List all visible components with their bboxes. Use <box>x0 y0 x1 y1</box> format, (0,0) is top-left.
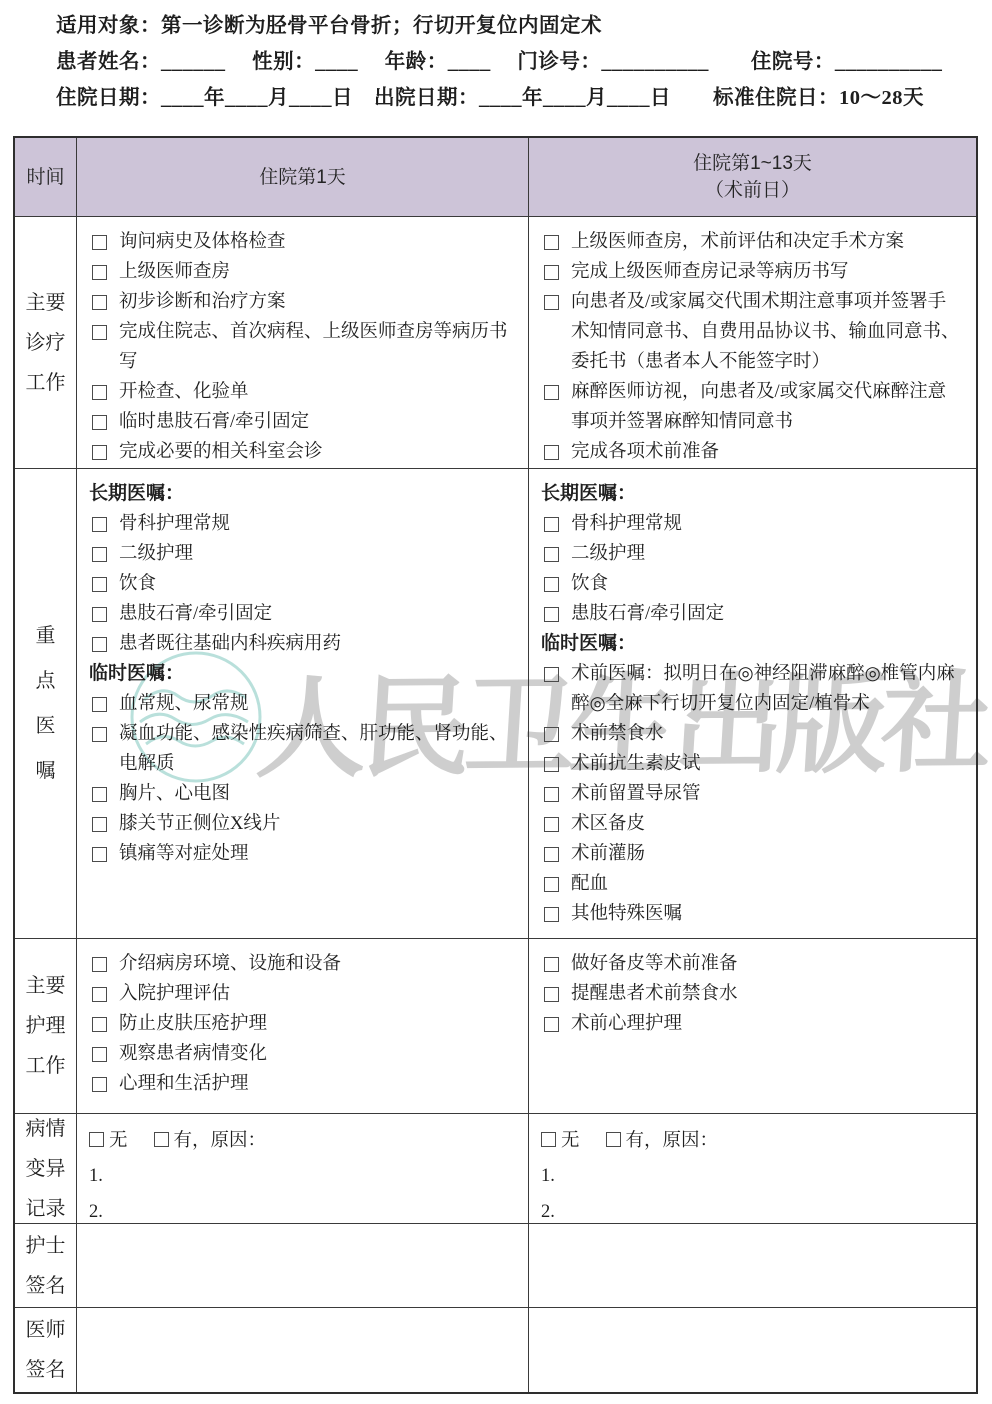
doctor-signature-preop-cell <box>529 1308 976 1392</box>
checklist-item: 饮食 <box>541 569 964 599</box>
row-label-main-nursing: 主要护理工作 <box>15 939 77 1114</box>
checklist-item-text: 术前灌肠 <box>571 844 645 864</box>
checklist-item-text: 术区备皮 <box>571 814 645 834</box>
checklist-item-text: 介绍病房环境、设施和设备 <box>119 954 341 974</box>
checklist-item: 术前抗生素皮试 <box>541 749 964 779</box>
checkbox-icon <box>541 1132 556 1147</box>
row-label-nurse-signature: 护士签名 <box>15 1224 77 1308</box>
variation-yes-label: 有，原因： <box>174 1131 267 1151</box>
checklist-item: 询问病史及体格检查 <box>89 227 516 257</box>
checklist-item-text: 完成上级医师查房记录等病历书写 <box>571 262 849 282</box>
row-label-line: 主要 <box>26 283 66 323</box>
checklist-item-text: 心理和生活护理 <box>119 1074 249 1094</box>
checklist-item-text: 询问病史及体格检查 <box>119 232 286 252</box>
checklist-item: 患肢石膏/牵引固定 <box>541 599 964 629</box>
row-label-line: 签名 <box>26 1266 66 1306</box>
checkbox-icon <box>544 787 559 802</box>
header-dates-line: 住院日期：____年____月____日 出院日期：____年____月____… <box>56 80 942 116</box>
column-header-day1-13-label: 住院第1~13天 <box>693 150 812 177</box>
checkbox-icon <box>92 517 107 532</box>
row-label-line: 签名 <box>26 1350 66 1390</box>
checklist-item: 饮食 <box>89 569 516 599</box>
row-label-line: 护士 <box>26 1226 66 1266</box>
nursing-day1-checklist: 介绍病房环境、设施和设备 入院护理评估 防止皮肤压疮护理 观察患者病情变化 心理… <box>89 949 516 1099</box>
checkbox-icon <box>92 697 107 712</box>
checkbox-icon <box>92 1017 107 1032</box>
checklist-item: 临时医嘱： <box>89 659 516 689</box>
checklist-item: 向患者及/或家属交代围术期注意事项并签署手术知情同意书、自费用品协议书、输血同意… <box>541 287 964 377</box>
checklist-item: 完成必要的相关科室会诊 <box>89 437 516 467</box>
checklist-item-text: 其他特殊医嘱 <box>571 904 682 924</box>
checklist-item: 术前心理护理 <box>541 1009 964 1039</box>
checklist-item: 骨科护理常规 <box>89 509 516 539</box>
checkbox-icon <box>92 385 107 400</box>
checklist-item: 术前医嘱：拟明日在◎神经阻滞麻醉◎椎管内麻醉◎全麻下行切开复位内固定/植骨术 <box>541 659 964 719</box>
checklist-item: 上级医师查房，术前评估和决定手术方案 <box>541 227 964 257</box>
checkbox-icon <box>606 1132 621 1147</box>
row-label-line: 工作 <box>26 363 66 403</box>
checklist-item: 开检查、化验单 <box>89 377 516 407</box>
checklist-item: 长期医嘱： <box>541 479 964 509</box>
checklist-item-text: 临时医嘱： <box>541 633 636 654</box>
column-header-day1: 住院第1天 <box>77 138 529 217</box>
row-label-line: 变异 <box>26 1149 66 1189</box>
orders-day1-checklist: 长期医嘱： 骨科护理常规 二级护理 饮食 患肢石膏/牵引固定 患者既往基础内科疾… <box>89 479 516 869</box>
checkbox-icon <box>92 325 107 340</box>
checklist-item-text: 饮食 <box>571 574 608 594</box>
checklist-item-text: 镇痛等对症处理 <box>119 844 249 864</box>
checkbox-icon <box>544 987 559 1002</box>
checkbox-icon <box>92 817 107 832</box>
row-label-main-treatment: 主要诊疗工作 <box>15 217 77 469</box>
checkbox-icon <box>92 727 107 742</box>
checklist-item: 膝关节正侧位X线片 <box>89 809 516 839</box>
checklist-item: 二级护理 <box>89 539 516 569</box>
checkbox-icon <box>92 847 107 862</box>
checkbox-icon <box>92 957 107 972</box>
checkbox-icon <box>92 1047 107 1062</box>
checkbox-icon <box>92 547 107 562</box>
checklist-item: 临时患肢石膏/牵引固定 <box>89 407 516 437</box>
checkbox-icon <box>544 727 559 742</box>
checklist-item: 术前灌肠 <box>541 839 964 869</box>
header-applicable-line: 适用对象：第一诊断为胫骨平台骨折；行切开复位内固定术 <box>56 8 942 44</box>
checklist-item: 初步诊断和治疗方案 <box>89 287 516 317</box>
checkbox-icon <box>92 265 107 280</box>
variation-reason-1: 1. <box>541 1158 964 1194</box>
checkbox-icon <box>544 445 559 460</box>
doctor-signature-day1-cell <box>77 1308 529 1392</box>
checkbox-icon <box>544 757 559 772</box>
checklist-item-text: 术前医嘱：拟明日在◎神经阻滞麻醉◎椎管内麻醉◎全麻下行切开复位内固定/植骨术 <box>571 664 955 714</box>
checklist-item: 术前留置导尿管 <box>541 779 964 809</box>
variation-no-label: 无 <box>109 1131 128 1151</box>
checkbox-icon <box>544 957 559 972</box>
checkbox-icon <box>92 637 107 652</box>
checkbox-icon <box>544 385 559 400</box>
checkbox-icon <box>544 1017 559 1032</box>
variation-reason-1: 1. <box>89 1158 516 1194</box>
checkbox-icon <box>92 1077 107 1092</box>
checkbox-icon <box>92 987 107 1002</box>
checklist-item-text: 术前禁食水 <box>571 724 664 744</box>
checkbox-icon <box>92 295 107 310</box>
variation-options-line: 无有，原因： <box>89 1124 516 1158</box>
nursing-preop-checklist: 做好备皮等术前准备 提醒患者术前禁食水 术前心理护理 <box>541 949 964 1039</box>
checkbox-icon <box>544 817 559 832</box>
checklist-item-text: 初步诊断和治疗方案 <box>119 292 286 312</box>
checklist-item-text: 麻醉医师访视，向患者及/或家属交代麻醉注意事项并签署麻醉知情同意书 <box>571 382 946 432</box>
clinical-pathway-table: 时间 住院第1天 住院第1~13天 （术前日） 主要诊疗工作 询问病史及体格检查… <box>13 136 978 1394</box>
variation-yes-label: 有，原因： <box>626 1131 719 1151</box>
checkbox-icon <box>92 607 107 622</box>
checklist-item-text: 提醒患者术前禁食水 <box>571 984 738 1004</box>
checklist-item: 患者既往基础内科疾病用药 <box>89 629 516 659</box>
checklist-item-text: 做好备皮等术前准备 <box>571 954 738 974</box>
checklist-item-text: 完成各项术前准备 <box>571 442 719 462</box>
checklist-item: 心理和生活护理 <box>89 1069 516 1099</box>
checklist-item-text: 临时患肢石膏/牵引固定 <box>119 412 309 432</box>
treatment-preop-cell: 上级医师查房，术前评估和决定手术方案 完成上级医师查房记录等病历书写 向患者及/… <box>529 217 976 469</box>
checklist-item: 患肢石膏/牵引固定 <box>89 599 516 629</box>
checklist-item: 临时医嘱： <box>541 629 964 659</box>
checkbox-icon <box>544 607 559 622</box>
checklist-item-text: 二级护理 <box>571 544 645 564</box>
checkbox-icon <box>92 787 107 802</box>
nurse-signature-preop-cell <box>529 1224 976 1308</box>
row-label-line: 工作 <box>26 1046 66 1086</box>
checklist-item-text: 凝血功能、感染性疾病筛查、肝功能、肾功能、电解质 <box>119 724 508 774</box>
clinical-pathway-page: 适用对象：第一诊断为胫骨平台骨折；行切开复位内固定术 患者姓名：______ 性… <box>0 0 992 1404</box>
row-label-line: 重 <box>36 614 56 659</box>
checklist-item-text: 骨科护理常规 <box>571 514 682 534</box>
checklist-item: 骨科护理常规 <box>541 509 964 539</box>
row-label-line: 护理 <box>26 1006 66 1046</box>
checklist-item-text: 术前心理护理 <box>571 1014 682 1034</box>
checklist-item-text: 完成必要的相关科室会诊 <box>119 442 323 462</box>
orders-preop-cell: 长期医嘱： 骨科护理常规 二级护理 饮食 患肢石膏/牵引固定 临时医嘱： 术前医… <box>529 469 976 939</box>
row-label-line: 病情 <box>26 1109 66 1149</box>
checkbox-icon <box>544 235 559 250</box>
checklist-item-text: 向患者及/或家属交代围术期注意事项并签署手术知情同意书、自费用品协议书、输血同意… <box>571 292 960 372</box>
orders-preop-checklist: 长期医嘱： 骨科护理常规 二级护理 饮食 患肢石膏/牵引固定 临时医嘱： 术前医… <box>541 479 964 929</box>
checklist-item-text: 骨科护理常规 <box>119 514 230 534</box>
checkbox-icon <box>544 907 559 922</box>
checklist-item-text: 长期医嘱： <box>89 483 184 504</box>
checklist-item: 入院护理评估 <box>89 979 516 1009</box>
checklist-item: 观察患者病情变化 <box>89 1039 516 1069</box>
nurse-signature-day1-cell <box>77 1224 529 1308</box>
checklist-item: 二级护理 <box>541 539 964 569</box>
checklist-item-text: 上级医师查房，术前评估和决定手术方案 <box>571 232 904 252</box>
checklist-item-text: 防止皮肤压疮护理 <box>119 1014 267 1034</box>
header-patient-line: 患者姓名：______ 性别：____ 年龄：____ 门诊号：________… <box>56 44 942 80</box>
checkbox-icon <box>544 547 559 562</box>
orders-day1-cell: 长期医嘱： 骨科护理常规 二级护理 饮食 患肢石膏/牵引固定 患者既往基础内科疾… <box>77 469 529 939</box>
checklist-item: 血常规、尿常规 <box>89 689 516 719</box>
checklist-item: 介绍病房环境、设施和设备 <box>89 949 516 979</box>
checklist-item: 防止皮肤压疮护理 <box>89 1009 516 1039</box>
checklist-item-text: 二级护理 <box>119 544 193 564</box>
checklist-item: 术前禁食水 <box>541 719 964 749</box>
document-header: 适用对象：第一诊断为胫骨平台骨折；行切开复位内固定术 患者姓名：______ 性… <box>56 8 942 116</box>
checklist-item: 上级医师查房 <box>89 257 516 287</box>
treatment-day1-checklist: 询问病史及体格检查 上级医师查房 初步诊断和治疗方案 完成住院志、首次病程、上级… <box>89 227 516 467</box>
column-header-day1-13: 住院第1~13天 （术前日） <box>529 138 976 217</box>
checkbox-icon <box>544 877 559 892</box>
checklist-item-text: 开检查、化验单 <box>119 382 249 402</box>
checklist-item: 凝血功能、感染性疾病筛查、肝功能、肾功能、电解质 <box>89 719 516 779</box>
row-label-line: 诊疗 <box>26 323 66 363</box>
checklist-item: 其他特殊医嘱 <box>541 899 964 929</box>
checkbox-icon <box>92 577 107 592</box>
checklist-item-text: 患肢石膏/牵引固定 <box>571 604 724 624</box>
checklist-item-text: 患肢石膏/牵引固定 <box>119 604 272 624</box>
variation-options-line: 无有，原因： <box>541 1124 964 1158</box>
checklist-item-text: 长期医嘱： <box>541 483 636 504</box>
row-label-line: 医 <box>36 704 56 749</box>
checklist-item: 做好备皮等术前准备 <box>541 949 964 979</box>
row-label-variation-record: 病情变异记录 <box>15 1114 77 1224</box>
checklist-item-text: 饮食 <box>119 574 156 594</box>
checkbox-icon <box>544 295 559 310</box>
checklist-item-text: 患者既往基础内科疾病用药 <box>119 634 341 654</box>
checklist-item-text: 观察患者病情变化 <box>119 1044 267 1064</box>
checklist-item: 胸片、心电图 <box>89 779 516 809</box>
checklist-item-text: 胸片、心电图 <box>119 784 230 804</box>
checkbox-icon <box>544 847 559 862</box>
row-label-line: 医师 <box>26 1310 66 1350</box>
checklist-item-text: 膝关节正侧位X线片 <box>119 814 280 834</box>
checklist-item-text: 术前留置导尿管 <box>571 784 701 804</box>
checkbox-icon <box>154 1132 169 1147</box>
row-label-line: 点 <box>36 659 56 704</box>
checklist-item: 配血 <box>541 869 964 899</box>
column-header-day1-label: 住院第1天 <box>259 164 346 191</box>
variation-day1-cell: 无有，原因： 1. 2. <box>77 1114 529 1224</box>
nursing-preop-cell: 做好备皮等术前准备 提醒患者术前禁食水 术前心理护理 <box>529 939 976 1114</box>
checkbox-icon <box>544 577 559 592</box>
checkbox-icon <box>92 235 107 250</box>
checklist-item: 长期医嘱： <box>89 479 516 509</box>
checklist-item-text: 配血 <box>571 874 608 894</box>
row-label-doctor-signature: 医师签名 <box>15 1308 77 1392</box>
row-label-line: 记录 <box>26 1189 66 1229</box>
nursing-day1-cell: 介绍病房环境、设施和设备 入院护理评估 防止皮肤压疮护理 观察患者病情变化 心理… <box>77 939 529 1114</box>
checklist-item: 完成上级医师查房记录等病历书写 <box>541 257 964 287</box>
checkbox-icon <box>92 445 107 460</box>
checkbox-icon <box>544 667 559 682</box>
variation-no-label: 无 <box>561 1131 580 1151</box>
treatment-preop-checklist: 上级医师查房，术前评估和决定手术方案 完成上级医师查房记录等病历书写 向患者及/… <box>541 227 964 467</box>
column-header-preop-label: （术前日） <box>705 177 800 204</box>
row-label-line: 嘱 <box>36 749 56 794</box>
checkbox-icon <box>544 517 559 532</box>
checklist-item: 完成住院志、首次病程、上级医师查房等病历书写 <box>89 317 516 377</box>
column-header-time: 时间 <box>15 138 77 217</box>
row-label-key-orders: 重点医嘱 <box>15 469 77 939</box>
column-header-time-label: 时间 <box>26 164 64 191</box>
checklist-item-text: 上级医师查房 <box>119 262 230 282</box>
checkbox-icon <box>92 415 107 430</box>
checklist-item: 镇痛等对症处理 <box>89 839 516 869</box>
checkbox-icon <box>544 265 559 280</box>
checklist-item-text: 入院护理评估 <box>119 984 230 1004</box>
checklist-item-text: 术前抗生素皮试 <box>571 754 701 774</box>
checklist-item-text: 临时医嘱： <box>89 663 184 684</box>
checkbox-icon <box>89 1132 104 1147</box>
checklist-item-text: 完成住院志、首次病程、上级医师查房等病历书写 <box>119 322 508 372</box>
checklist-item: 提醒患者术前禁食水 <box>541 979 964 1009</box>
checklist-item: 麻醉医师访视，向患者及/或家属交代麻醉注意事项并签署麻醉知情同意书 <box>541 377 964 437</box>
checklist-item: 术区备皮 <box>541 809 964 839</box>
checklist-item-text: 血常规、尿常规 <box>119 694 249 714</box>
checklist-item: 完成各项术前准备 <box>541 437 964 467</box>
row-label-line: 主要 <box>26 966 66 1006</box>
variation-preop-cell: 无有，原因： 1. 2. <box>529 1114 976 1224</box>
treatment-day1-cell: 询问病史及体格检查 上级医师查房 初步诊断和治疗方案 完成住院志、首次病程、上级… <box>77 217 529 469</box>
